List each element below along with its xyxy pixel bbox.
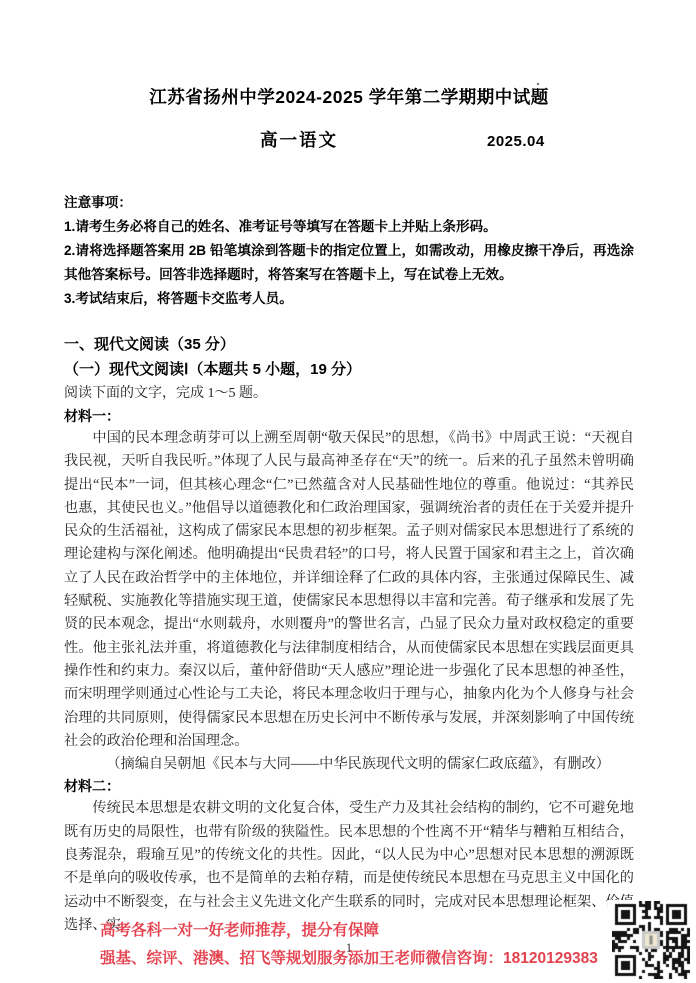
page-content: 江苏省扬州中学2024-2025 学年第二学期期中试题 高一语文 2025.04… [0, 0, 696, 957]
notice-item-3: 3.考试结束后，将答题卡交监考人员。 [64, 287, 634, 311]
material-1-label: 材料一： [64, 406, 634, 427]
section-subheading-reading-1: （一）现代文阅读Ⅰ（本题共 5 小题，19 分） [64, 357, 634, 382]
section-heading-modern-reading: 一、现代文阅读（35 分） [64, 332, 634, 357]
exam-paper-page: 江苏省扬州中学2024-2025 学年第二学期期中试题 高一语文 2025.04… [0, 0, 696, 983]
material-1-attribution: （摘编自吴朝旭《民本与大同——中华民族现代文明的儒家仁政底蕴》，有删改） [64, 753, 634, 776]
exam-date: 2025.04 [487, 132, 545, 151]
reading-instruction: 阅读下面的文字，完成 1～5 题。 [64, 382, 634, 406]
advertisement-footer: 高考各科一对一好老师推荐，提分有保障 强基、综评、港澳、招飞等规划服务添加王老师… [100, 917, 598, 973]
ad-footer-line-1: 高考各科一对一好老师推荐，提分有保障 [100, 917, 598, 945]
notice-item-2: 2.请将选择题答案用 2B 铅笔填涂到答题卡的指定位置上，如需改动，用橡皮擦干净… [64, 239, 634, 287]
subtitle-row: 高一语文 2025.04 [64, 129, 634, 151]
page-title: 江苏省扬州中学2024-2025 学年第二学期期中试题 [64, 86, 634, 108]
stray-dot [537, 83, 539, 85]
notices-heading: 注意事项： [64, 191, 634, 215]
material-1-paragraph: 中国的民本理念萌芽可以上溯至周朝“敬天保民”的思想，《尚书》中周武王说：“天视自… [64, 427, 634, 753]
qr-code-image [612, 901, 690, 979]
wechat-qr-code [608, 900, 694, 980]
notice-item-1: 1.请考生务必将自己的姓名、准考证号等填写在答题卡上并贴上条形码。 [64, 215, 634, 239]
ad-footer-line-2: 强基、综评、港澳、招飞等规划服务添加王老师微信咨询：18120129383 [100, 945, 598, 973]
notices-section: 注意事项： 1.请考生务必将自己的姓名、准考证号等填写在答题卡上并贴上条形码。 … [64, 191, 634, 311]
material-2-label: 材料二： [64, 776, 634, 797]
exam-subject: 高一语文 [64, 129, 534, 151]
